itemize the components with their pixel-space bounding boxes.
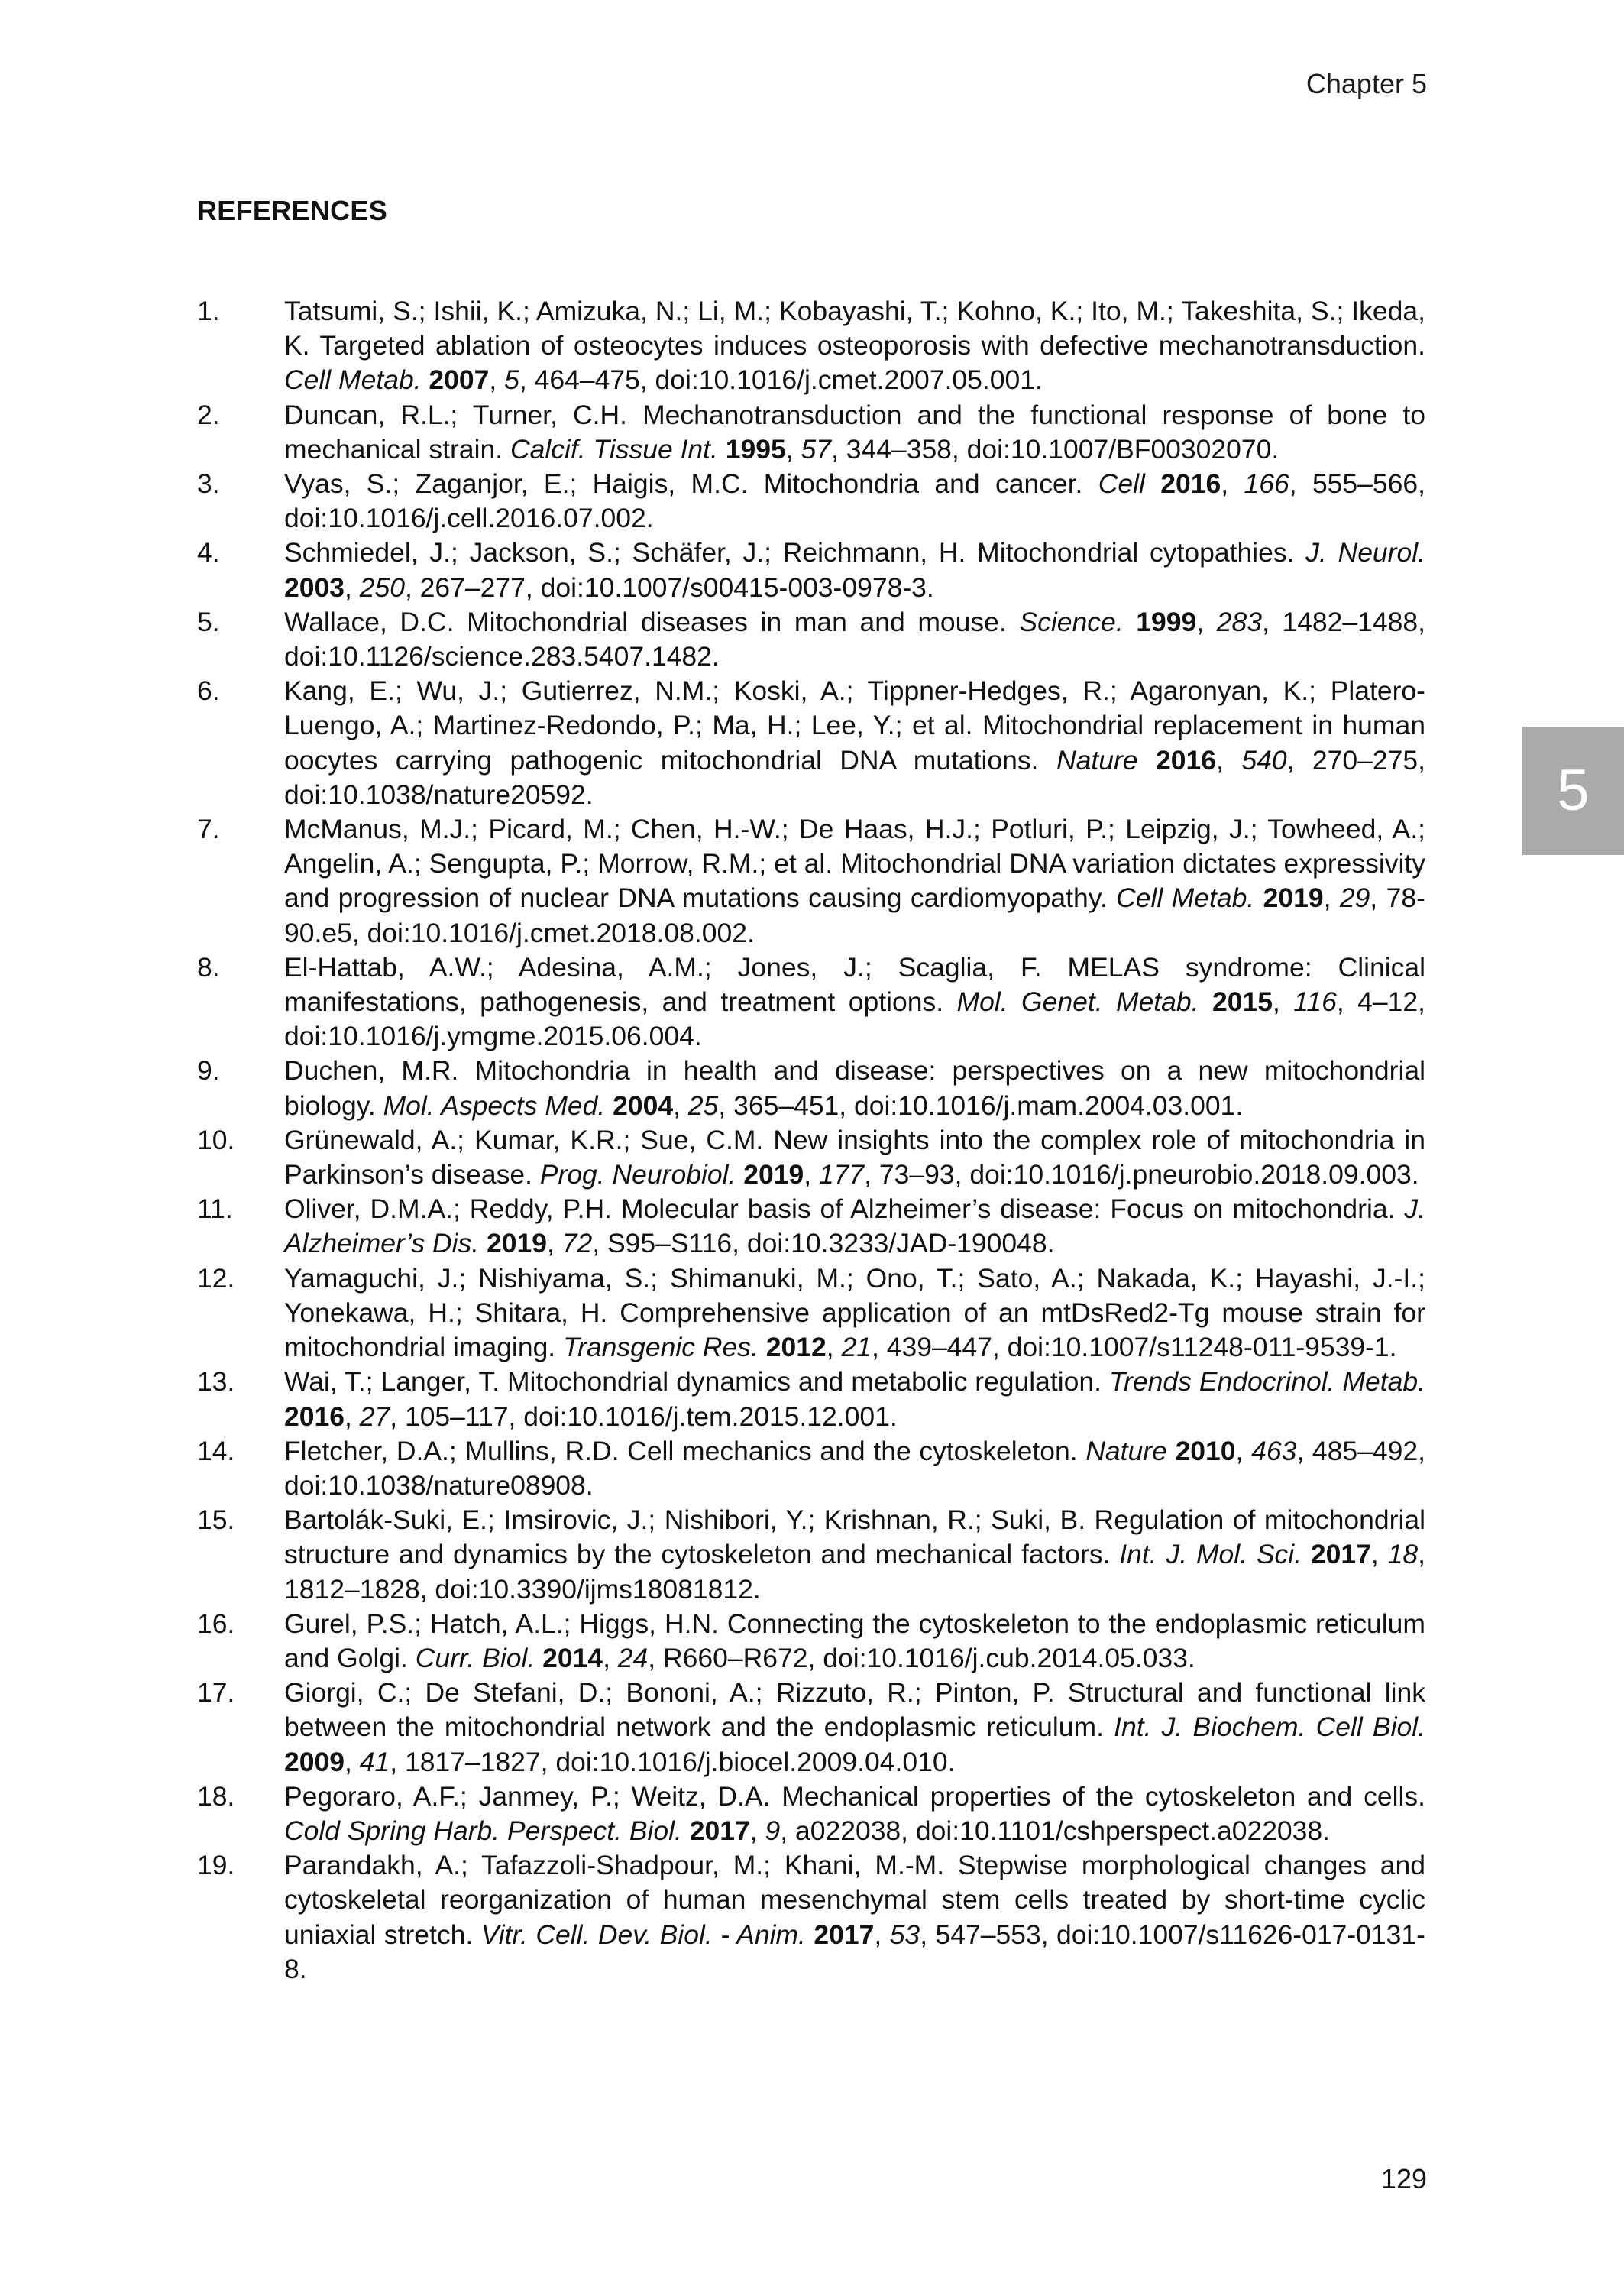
reference-item: 7. McManus, M.J.; Picard, M.; Chen, H.-W… [197, 812, 1425, 951]
reference-journal: Cell [1098, 468, 1145, 499]
reference-item: 11. Oliver, D.M.A.; Reddy, P.H. Molecula… [197, 1192, 1425, 1261]
reference-item: 4. Schmiedel, J.; Jackson, S.; Schäfer, … [197, 536, 1425, 604]
reference-volume: 177 [819, 1159, 864, 1190]
reference-year: 2016 [1156, 745, 1216, 776]
reference-authors-title: Pegoraro, A.F.; Janmey, P.; Weitz, D.A. … [284, 1781, 1425, 1812]
reference-pages-doi: , 267–277, doi:10.1007/s00415-003-0978-3… [405, 572, 934, 603]
reference-journal: Nature [1056, 745, 1138, 776]
reference-item: 13. Wai, T.; Langer, T. Mitochondrial dy… [197, 1365, 1425, 1433]
reference-volume: 9 [765, 1815, 781, 1846]
reference-year: 2019 [487, 1228, 547, 1258]
reference-year: 2003 [284, 572, 345, 603]
reference-year: 2017 [814, 1919, 874, 1950]
reference-volume: 18 [1388, 1539, 1419, 1569]
reference-text: Gurel, P.S.; Hatch, A.L.; Higgs, H.N. Co… [284, 1608, 1425, 1673]
reference-year: 2007 [429, 364, 489, 395]
reference-journal: J. Neurol. [1305, 537, 1425, 568]
reference-number: 2. [197, 398, 220, 432]
reference-item: 19. Parandakh, A.; Tafazzoli-Shadpour, M… [197, 1848, 1425, 1987]
reference-text: Fletcher, D.A.; Mullins, R.D. Cell mecha… [284, 1436, 1425, 1501]
reference-year: 2015 [1212, 986, 1273, 1017]
reference-pages-doi: , 73–93, doi:10.1016/j.pneurobio.2018.09… [864, 1159, 1419, 1190]
reference-year: 2017 [690, 1815, 750, 1846]
page-number: 129 [1381, 2162, 1427, 2196]
reference-year: 1999 [1136, 607, 1196, 637]
reference-item: 8. El-Hattab, A.W.; Adesina, A.M.; Jones… [197, 951, 1425, 1054]
reference-text: Vyas, S.; Zaganjor, E.; Haigis, M.C. Mit… [284, 468, 1425, 533]
reference-journal: Science. [1019, 607, 1123, 637]
reference-item: 17. Giorgi, C.; De Stefani, D.; Bononi, … [197, 1676, 1425, 1780]
reference-number: 11. [197, 1192, 233, 1226]
reference-journal: Mol. Aspects Med. [383, 1090, 606, 1121]
reference-volume: 57 [801, 434, 832, 465]
reference-number: 3. [197, 467, 220, 501]
reference-year: 2004 [613, 1090, 673, 1121]
reference-item: 5. Wallace, D.C. Mitochondrial diseases … [197, 605, 1425, 674]
reference-volume: 29 [1340, 883, 1370, 913]
reference-item: 14. Fletcher, D.A.; Mullins, R.D. Cell m… [197, 1434, 1425, 1503]
reference-text: Kang, E.; Wu, J.; Gutierrez, N.M.; Koski… [284, 675, 1425, 810]
reference-text: McManus, M.J.; Picard, M.; Chen, H.-W.; … [284, 814, 1425, 948]
reference-number: 4. [197, 536, 220, 570]
reference-volume: 250 [360, 572, 405, 603]
reference-text: Grünewald, A.; Kumar, K.R.; Sue, C.M. Ne… [284, 1125, 1425, 1190]
reference-year: 2016 [284, 1401, 345, 1432]
reference-journal: Transgenic Res. [563, 1332, 759, 1362]
reference-item: 1. Tatsumi, S.; Ishii, K.; Amizuka, N.; … [197, 294, 1425, 398]
reference-pages-doi: , 105–117, doi:10.1016/j.tem.2015.12.001… [390, 1401, 898, 1432]
reference-item: 10. Grünewald, A.; Kumar, K.R.; Sue, C.M… [197, 1123, 1425, 1192]
reference-pages-doi: , 439–447, doi:10.1007/s11248-011-9539-1… [872, 1332, 1397, 1362]
reference-number: 7. [197, 812, 220, 847]
reference-volume: 540 [1241, 745, 1286, 776]
reference-year: 2017 [1311, 1539, 1371, 1569]
reference-number: 19. [197, 1848, 235, 1883]
reference-journal: Cell Metab. [284, 364, 422, 395]
reference-pages-doi: , 365–451, doi:10.1016/j.mam.2004.03.001… [718, 1090, 1243, 1121]
reference-journal: Nature [1085, 1436, 1167, 1466]
reference-number: 5. [197, 605, 220, 640]
reference-authors-title: Schmiedel, J.; Jackson, S.; Schäfer, J.;… [284, 537, 1305, 568]
reference-text: Tatsumi, S.; Ishii, K.; Amizuka, N.; Li,… [284, 296, 1425, 395]
reference-number: 13. [197, 1365, 235, 1399]
reference-number: 8. [197, 951, 220, 985]
reference-text: El-Hattab, A.W.; Adesina, A.M.; Jones, J… [284, 952, 1425, 1051]
reference-text: Wallace, D.C. Mitochondrial diseases in … [284, 607, 1425, 672]
reference-volume: 53 [890, 1919, 920, 1950]
reference-year: 2016 [1160, 468, 1221, 499]
reference-journal: Int. J. Biochem. Cell Biol. [1114, 1712, 1425, 1742]
reference-year: 2019 [743, 1159, 804, 1190]
reference-year: 2009 [284, 1747, 345, 1777]
reference-item: 6. Kang, E.; Wu, J.; Gutierrez, N.M.; Ko… [197, 674, 1425, 812]
reference-year: 2010 [1176, 1436, 1236, 1466]
reference-text: Giorgi, C.; De Stefani, D.; Bononi, A.; … [284, 1677, 1425, 1776]
reference-text: Bartolák-Suki, E.; Imsirovic, J.; Nishib… [284, 1504, 1425, 1604]
reference-item: 12. Yamaguchi, J.; Nishiyama, S.; Shiman… [197, 1261, 1425, 1365]
reference-pages-doi: , 1817–1827, doi:10.1016/j.biocel.2009.0… [390, 1747, 955, 1777]
reference-number: 10. [197, 1123, 235, 1158]
reference-journal: Trends Endocrinol. Metab. [1109, 1366, 1425, 1397]
reference-authors-title: Oliver, D.M.A.; Reddy, P.H. Molecular ba… [284, 1193, 1404, 1224]
reference-volume: 21 [841, 1332, 872, 1362]
reference-text: Pegoraro, A.F.; Janmey, P.; Weitz, D.A. … [284, 1781, 1425, 1846]
reference-text: Schmiedel, J.; Jackson, S.; Schäfer, J.;… [284, 537, 1425, 602]
reference-volume: 166 [1244, 468, 1289, 499]
reference-volume: 5 [504, 364, 519, 395]
reference-list: 1. Tatsumi, S.; Ishii, K.; Amizuka, N.; … [197, 294, 1425, 1987]
reference-year: 2019 [1263, 883, 1324, 913]
running-head: Chapter 5 [1306, 67, 1427, 101]
reference-text: Parandakh, A.; Tafazzoli-Shadpour, M.; K… [284, 1850, 1425, 1984]
reference-authors-title: McManus, M.J.; Picard, M.; Chen, H.-W.; … [284, 814, 1425, 913]
reference-text: Duchen, M.R. Mitochondria in health and … [284, 1055, 1425, 1120]
chapter-tab-label: 5 [1557, 762, 1589, 820]
reference-authors-title: Fletcher, D.A.; Mullins, R.D. Cell mecha… [284, 1436, 1085, 1466]
reference-journal: Cold Spring Harb. Perspect. Biol. [284, 1815, 682, 1846]
reference-volume: 41 [360, 1747, 390, 1777]
reference-authors-title: Wallace, D.C. Mitochondrial diseases in … [284, 607, 1019, 637]
reference-authors-title: Wai, T.; Langer, T. Mitochondrial dynami… [284, 1366, 1109, 1397]
reference-number: 1. [197, 294, 220, 329]
reference-pages-doi: , S95–S116, doi:10.3233/JAD-190048. [592, 1228, 1054, 1258]
section-title: REFERENCES [197, 194, 387, 228]
reference-item: 18. Pegoraro, A.F.; Janmey, P.; Weitz, D… [197, 1780, 1425, 1848]
reference-volume: 116 [1293, 986, 1337, 1017]
reference-item: 9. Duchen, M.R. Mitochondria in health a… [197, 1054, 1425, 1122]
reference-text: Duncan, R.L.; Turner, C.H. Mechanotransd… [284, 400, 1425, 465]
reference-volume: 27 [360, 1401, 390, 1432]
reference-journal: Vitr. Cell. Dev. Biol. - Anim. [481, 1919, 806, 1950]
reference-number: 17. [197, 1676, 235, 1710]
reference-pages-doi: , 344–358, doi:10.1007/BF00302070. [831, 434, 1279, 465]
reference-number: 16. [197, 1607, 235, 1641]
reference-year: 2014 [542, 1643, 603, 1673]
reference-journal: Calcif. Tissue Int. [510, 434, 718, 465]
reference-item: 3. Vyas, S.; Zaganjor, E.; Haigis, M.C. … [197, 467, 1425, 536]
reference-year: 2012 [766, 1332, 827, 1362]
reference-journal: Prog. Neurobiol. [540, 1159, 736, 1190]
reference-pages-doi: , a022038, doi:10.1101/cshperspect.a0220… [780, 1815, 1330, 1846]
reference-volume: 283 [1217, 607, 1262, 637]
reference-journal: Cell Metab. [1116, 883, 1254, 913]
reference-authors-title: Vyas, S.; Zaganjor, E.; Haigis, M.C. Mit… [284, 468, 1098, 499]
reference-number: 18. [197, 1780, 235, 1814]
reference-volume: 25 [688, 1090, 719, 1121]
reference-volume: 463 [1251, 1436, 1296, 1466]
reference-text: Oliver, D.M.A.; Reddy, P.H. Molecular ba… [284, 1193, 1425, 1258]
reference-pages-doi: , 464–475, doi:10.1016/j.cmet.2007.05.00… [519, 364, 1043, 395]
reference-journal: Int. J. Mol. Sci. [1119, 1539, 1302, 1569]
reference-volume: 72 [562, 1228, 593, 1258]
reference-number: 9. [197, 1054, 220, 1088]
reference-text: Wai, T.; Langer, T. Mitochondrial dynami… [284, 1366, 1425, 1431]
reference-authors-title: Tatsumi, S.; Ishii, K.; Amizuka, N.; Li,… [284, 296, 1425, 361]
reference-volume: 24 [618, 1643, 649, 1673]
reference-journal: Curr. Biol. [416, 1643, 535, 1673]
reference-number: 12. [197, 1261, 235, 1296]
reference-number: 6. [197, 674, 220, 708]
reference-journal: Mol. Genet. Metab. [957, 986, 1199, 1017]
reference-number: 15. [197, 1503, 235, 1537]
reference-item: 16. Gurel, P.S.; Hatch, A.L.; Higgs, H.N… [197, 1607, 1425, 1676]
reference-text: Yamaguchi, J.; Nishiyama, S.; Shimanuki,… [284, 1263, 1425, 1362]
reference-number: 14. [197, 1434, 235, 1469]
reference-pages-doi: , R660–R672, doi:10.1016/j.cub.2014.05.0… [648, 1643, 1195, 1673]
reference-item: 2. Duncan, R.L.; Turner, C.H. Mechanotra… [197, 398, 1425, 467]
reference-item: 15. Bartolák-Suki, E.; Imsirovic, J.; Ni… [197, 1503, 1425, 1607]
reference-year: 1995 [726, 434, 786, 465]
chapter-thumb-tab: 5 [1522, 727, 1624, 855]
